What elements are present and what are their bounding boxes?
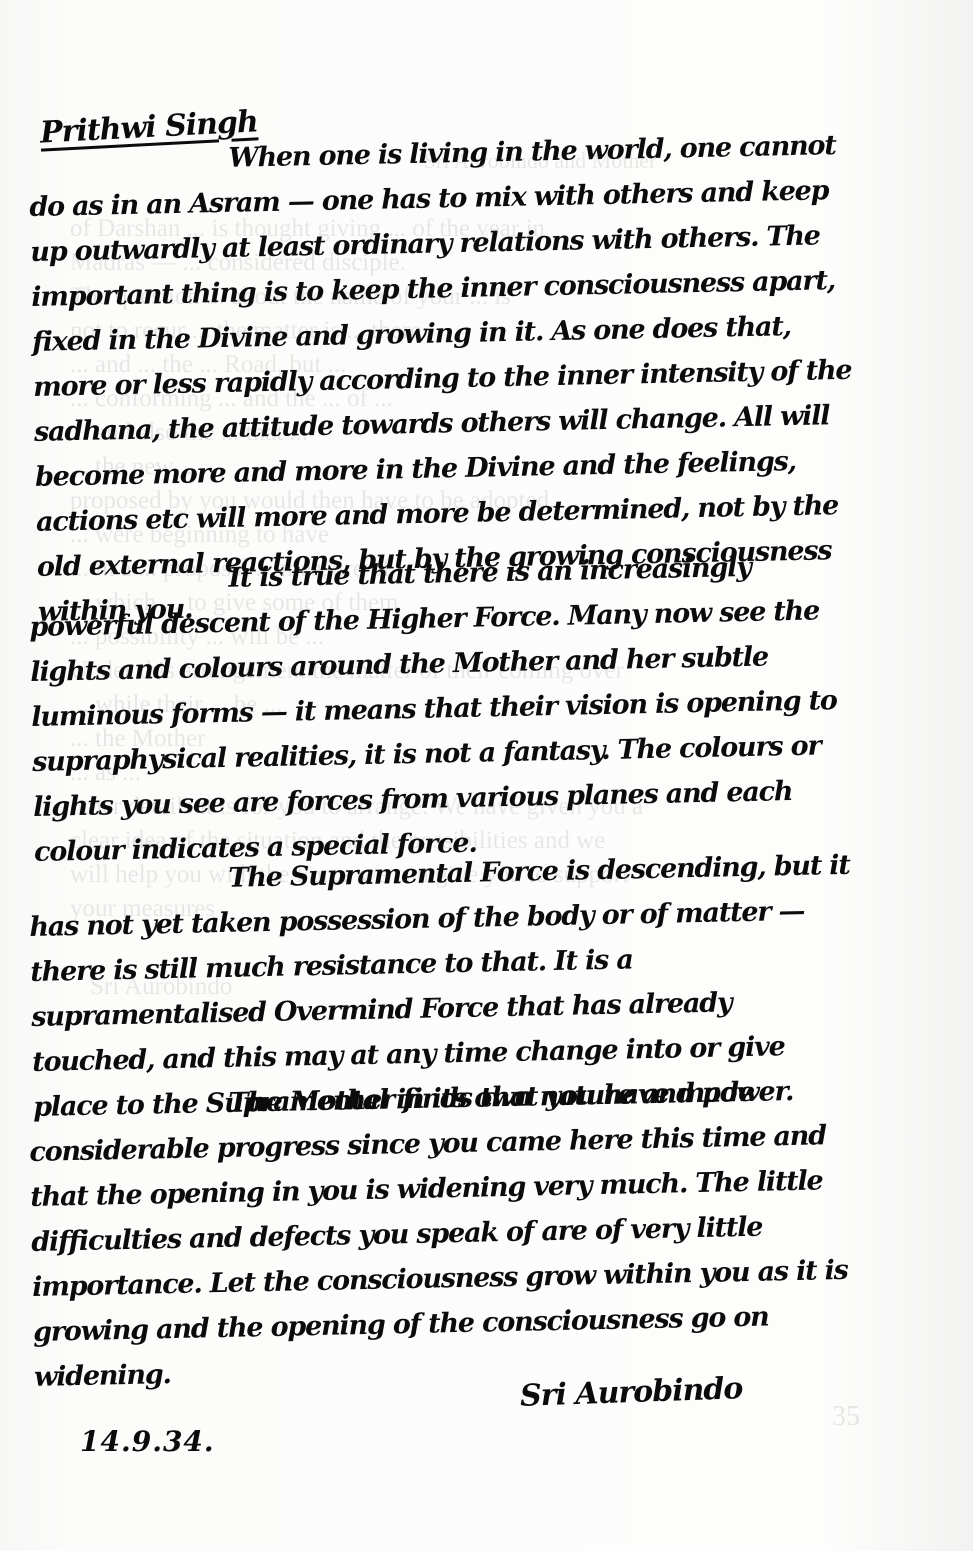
letter-paragraph: The Mother finds that you have made cons…	[28, 1068, 864, 1400]
letter-paragraph: It is true that there is an increasingly…	[28, 543, 864, 875]
scanned-page: Sri Aurobindo and Mother of Darshan ... …	[0, 0, 973, 1551]
letter-signature: Sri Aurobindo	[519, 1371, 742, 1414]
handwritten-letter: Prithwi Singh When one is living in the …	[0, 0, 973, 1551]
letter-date: 14.9.34.	[80, 1425, 215, 1458]
